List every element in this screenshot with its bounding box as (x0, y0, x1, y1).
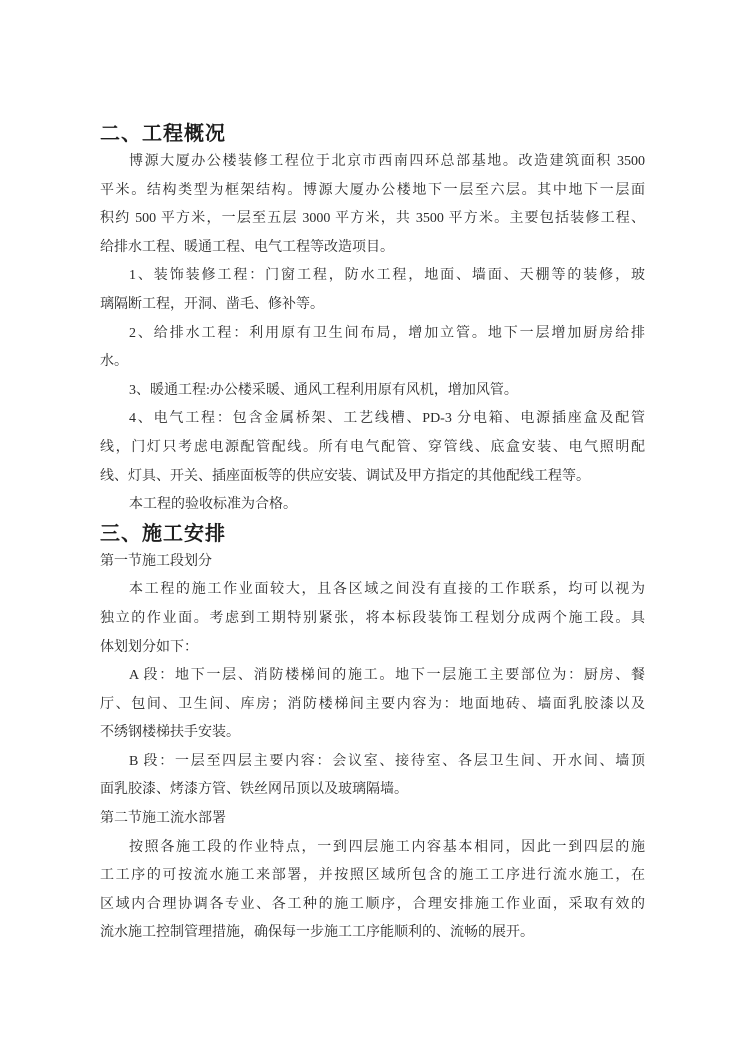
text-line: 3、暖通工程:办公楼采暖、通风工程利用原有风机，增加风管。 (100, 377, 645, 406)
text-line: 2、给排水工程：利用原有卫生间布局，增加立管。地下一层增加厨房给排 (100, 320, 645, 349)
text-line: 体划划分如下： (100, 634, 645, 663)
document-page: 二、工程概况博源大厦办公楼装修工程位于北京市西南四环总部基地。改造建筑面积 35… (0, 0, 744, 1052)
subsection-1-title: 第一节施工段划分 (100, 548, 645, 577)
text-line: 积约 500 平方米，一层至五层 3000 平方米，共 3500 平方米。主要包… (100, 205, 645, 234)
text-line: 第二节施工流水部署 (100, 805, 645, 834)
item-2-water-supply-drainage: 2、给排水工程：利用原有卫生间布局，增加立管。地下一层增加厨房给排水。 (100, 320, 645, 377)
text-line: 线，门灯只考虑电源配管配线。所有电气配管、穿管线、底盒安装、电气照明配 (100, 434, 645, 463)
text-line: 4、电气工程：包含金属桥架、工艺线槽、PD-3 分电箱、电源插座盒及配管 (100, 405, 645, 434)
text-line: 独立的作业面。考虑到工期特别紧张，将本标段装饰工程划分成两个施工段。具 (100, 605, 645, 634)
section-2-heading: 二、工程概况 (100, 120, 645, 148)
text-line: 厅、包间、卫生间、库房；消防楼梯间主要内容为：地面地砖、墙面乳胶漆以及 (100, 691, 645, 720)
text-line: 璃隔断工程，开洞、凿毛、修补等。 (100, 291, 645, 320)
segment-division-paragraph: 本工程的施工作业面较大，且各区域之间没有直接的工作联系，均可以视为独立的作业面。… (100, 576, 645, 662)
text-line: B 段：一层至四层主要内容：会议室、接待室、各层卫生间、开水间、墙顶 (100, 748, 645, 777)
text-line: 水。 (100, 348, 645, 377)
text-line: 区域内合理协调各专业、各工种的施工顺序，合理安排施工作业面，采取有效的 (100, 891, 645, 920)
item-1-decoration-works: 1、装饰装修工程：门窗工程，防水工程，地面、墙面、天棚等的装修，玻璃隔断工程，开… (100, 262, 645, 319)
text-line: 面乳胶漆、烤漆方管、铁丝网吊顶以及玻璃隔墙。 (100, 776, 645, 805)
subsection-2-title: 第二节施工流水部署 (100, 805, 645, 834)
item-4-electrical-works: 4、电气工程：包含金属桥架、工艺线槽、PD-3 分电箱、电源插座盒及配管线，门灯… (100, 405, 645, 491)
text-line: 工工序的可按流水施工来部署，并按照区域所包含的施工工序进行流水施工，在 (100, 862, 645, 891)
text-line: 线、灯具、开关、插座面板等的供应安装、调试及甲方指定的其他配线工程等。 (100, 463, 645, 492)
text-line: 本工程的施工作业面较大，且各区域之间没有直接的工作联系，均可以视为 (100, 576, 645, 605)
text-line: A 段：地下一层、消防楼梯间的施工。地下一层施工主要部位为：厨房、餐 (100, 662, 645, 691)
text-line: 不绣钢楼梯扶手安装。 (100, 719, 645, 748)
text-line: 1、装饰装修工程：门窗工程，防水工程，地面、墙面、天棚等的装修，玻 (100, 262, 645, 291)
text-line: 流水施工控制管理措施，确保每一步施工工序能顺利的、流畅的展开。 (100, 919, 645, 948)
segment-b-paragraph: B 段：一层至四层主要内容：会议室、接待室、各层卫生间、开水间、墙顶面乳胶漆、烤… (100, 748, 645, 805)
document-content: 二、工程概况博源大厦办公楼装修工程位于北京市西南四环总部基地。改造建筑面积 35… (100, 120, 645, 948)
text-line: 按照各施工段的作业特点，一到四层施工内容基本相同，因此一到四层的施 (100, 834, 645, 863)
text-line: 平米。结构类型为框架结构。博源大厦办公楼地下一层至六层。其中地下一层面 (100, 177, 645, 206)
text-line: 博源大厦办公楼装修工程位于北京市西南四环总部基地。改造建筑面积 3500 (100, 148, 645, 177)
acceptance-standard-paragraph: 本工程的验收标准为合格。 (100, 491, 645, 520)
text-line: 第一节施工段划分 (100, 548, 645, 577)
item-3-hvac-works: 3、暖通工程:办公楼采暖、通风工程利用原有风机，增加风管。 (100, 377, 645, 406)
project-overview-paragraph: 博源大厦办公楼装修工程位于北京市西南四环总部基地。改造建筑面积 3500平米。结… (100, 148, 645, 262)
section-3-heading: 三、施工安排 (100, 520, 645, 548)
segment-a-paragraph: A 段：地下一层、消防楼梯间的施工。地下一层施工主要部位为：厨房、餐厅、包间、卫… (100, 662, 645, 748)
text-line: 给排水工程、暖通工程、电气工程等改造项目。 (100, 234, 645, 263)
text-line: 本工程的验收标准为合格。 (100, 491, 645, 520)
flow-deployment-paragraph: 按照各施工段的作业特点，一到四层施工内容基本相同，因此一到四层的施工工序的可按流… (100, 834, 645, 948)
